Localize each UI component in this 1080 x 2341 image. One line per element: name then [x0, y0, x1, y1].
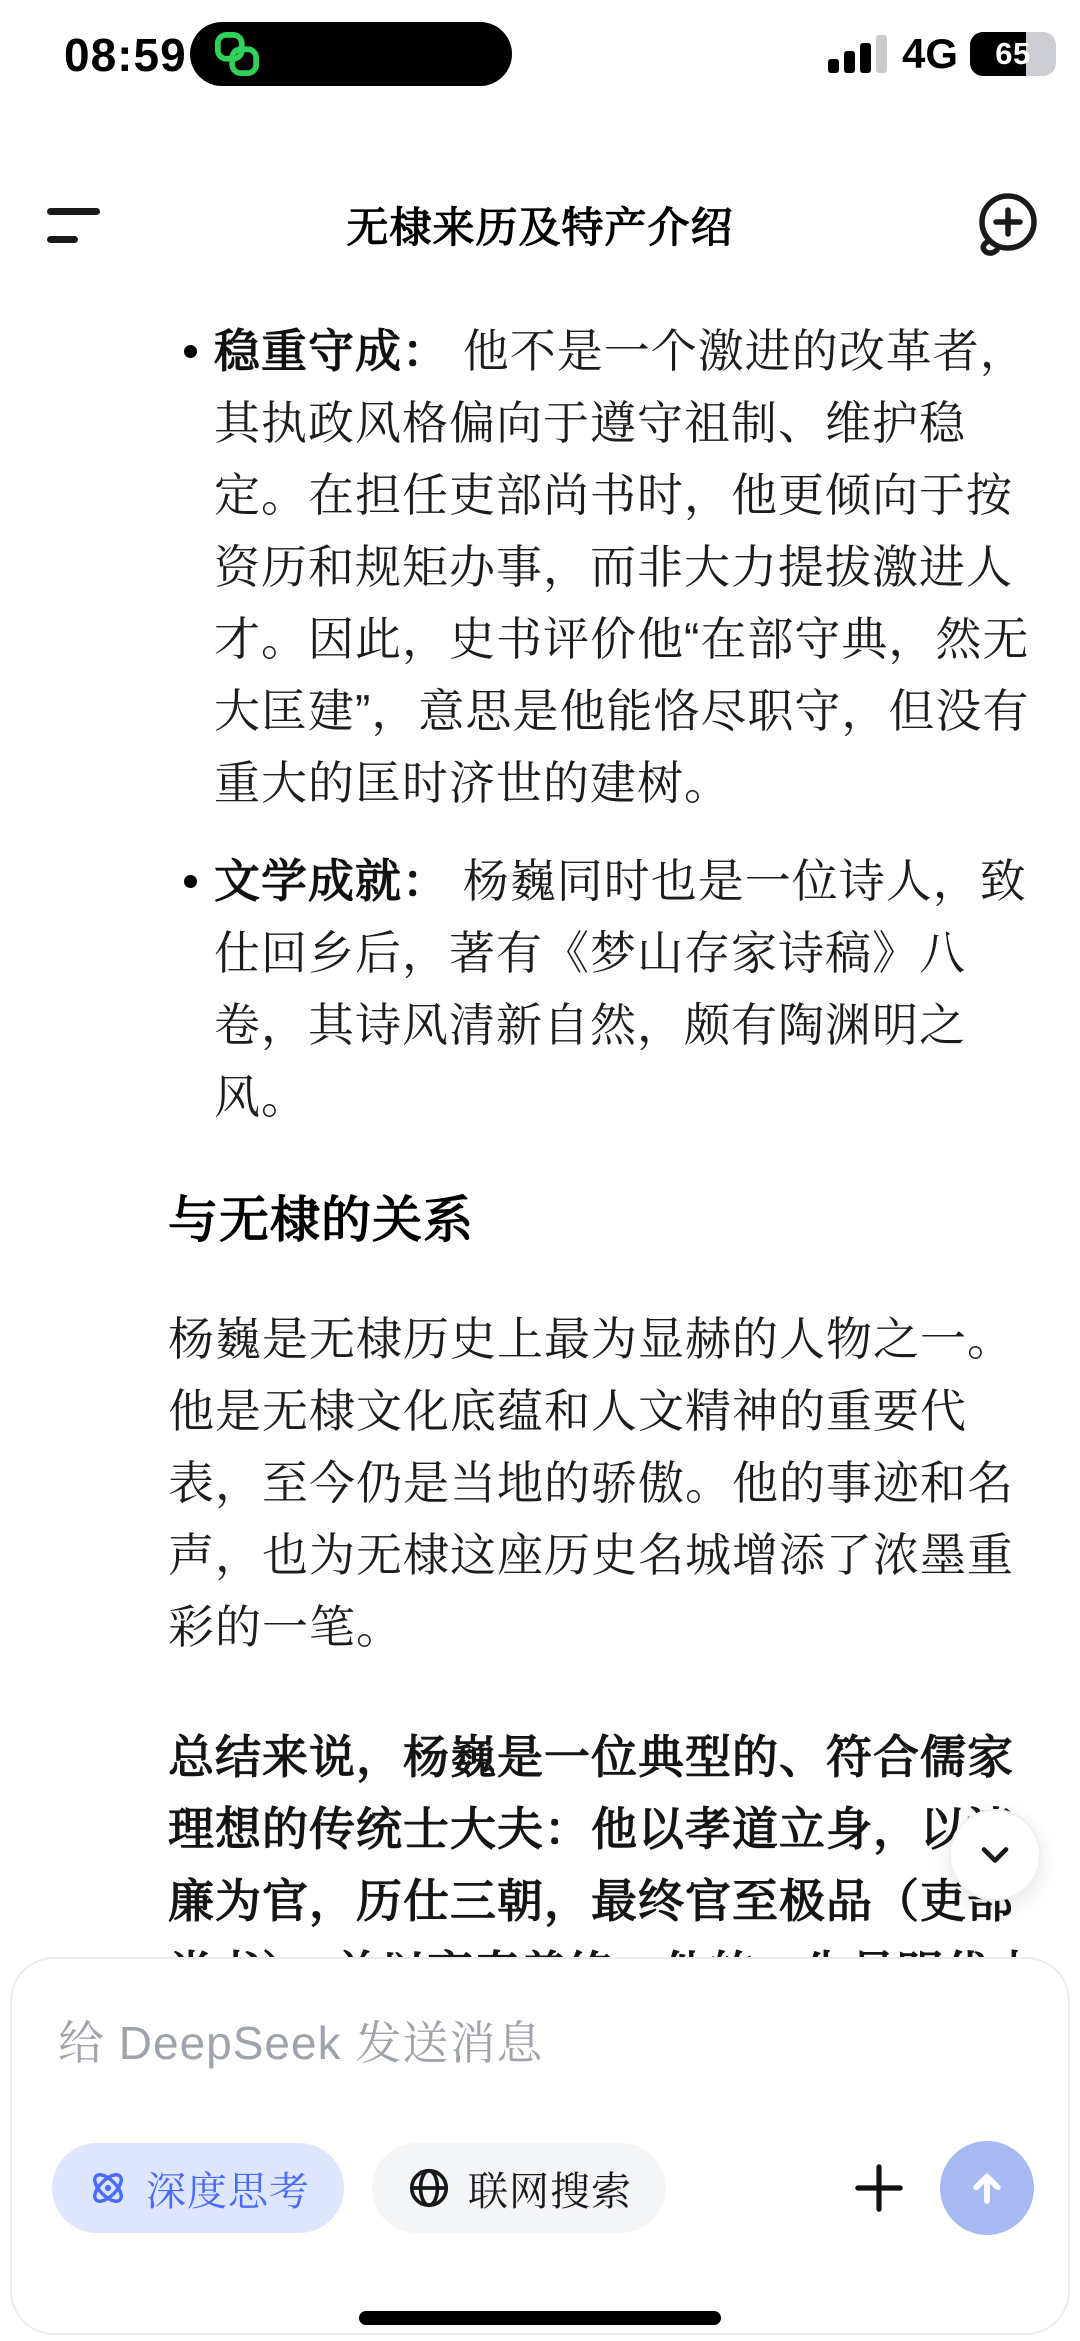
status-time: 08:59 [64, 28, 187, 82]
arrow-up-icon [964, 2165, 1010, 2211]
globe-icon [406, 2165, 452, 2211]
new-chat-button[interactable] [974, 192, 1040, 258]
battery-percent: 65 [970, 32, 1056, 76]
home-indicator[interactable] [359, 2311, 721, 2325]
paragraph: 杨巍是无棣历史上最为显赫的人物之一。他是无棣文化底蕴和人文精神的重要代表，至今仍… [168, 1303, 1040, 1663]
deep-think-button[interactable]: 深度思考 [52, 2143, 344, 2233]
dynamic-island [190, 22, 512, 86]
bullet-list: 稳重守成： 他不是一个激进的改革者，其执政风格偏向于遵守祖制、维护稳定。在担任吏… [168, 315, 1040, 1133]
web-search-button[interactable]: 联网搜索 [372, 2143, 666, 2233]
plus-bubble-icon [974, 192, 1040, 258]
plus-icon [850, 2159, 908, 2217]
scroll-to-bottom-button[interactable] [949, 1809, 1041, 1901]
attach-plus-button[interactable] [844, 2153, 914, 2223]
section-heading: 与无棣的关系 [168, 1185, 1040, 1255]
message-input[interactable]: 给 DeepSeek 发送消息 [58, 2007, 1022, 2073]
battery-indicator: 65 [970, 32, 1056, 76]
cellular-signal-icon [826, 31, 890, 77]
chat-title: 无棣来历及特产介绍 [346, 195, 733, 255]
atom-icon [86, 2166, 130, 2210]
list-item: 稳重守成： 他不是一个激进的改革者，其执政风格偏向于遵守祖制、维护稳定。在担任吏… [168, 315, 1040, 819]
web-search-label: 联网搜索 [468, 2160, 632, 2217]
message-composer: 给 DeepSeek 发送消息 深度思考 联网搜索 [10, 1957, 1070, 2335]
status-bar: 08:59 4G 65 [0, 0, 1080, 120]
deep-think-label: 深度思考 [146, 2160, 310, 2217]
list-item: 文学成就： 杨巍同时也是一位诗人，致仕回乡后，著有《梦山存家诗稿》八卷，其诗风清… [168, 845, 1040, 1133]
bullet-label: 稳重守成： [214, 325, 449, 377]
screen-link-icon [214, 31, 260, 77]
sidebar-menu-icon[interactable] [47, 205, 107, 245]
send-button[interactable] [940, 2141, 1034, 2235]
bullet-text: 他不是一个激进的改革者，其执政风格偏向于遵守祖制、维护稳定。在担任吏部尚书时，他… [214, 325, 1029, 809]
bullet-dot [184, 875, 197, 888]
network-type-label: 4G [902, 30, 958, 78]
composer-toolbar: 深度思考 联网搜索 [52, 2141, 1034, 2235]
status-indicators: 4G 65 [826, 30, 1054, 78]
chat-header: 无棣来历及特产介绍 [0, 165, 1080, 285]
chevron-down-icon [973, 1833, 1017, 1877]
bullet-label: 文学成就： [214, 855, 449, 907]
bullet-dot [184, 345, 197, 358]
